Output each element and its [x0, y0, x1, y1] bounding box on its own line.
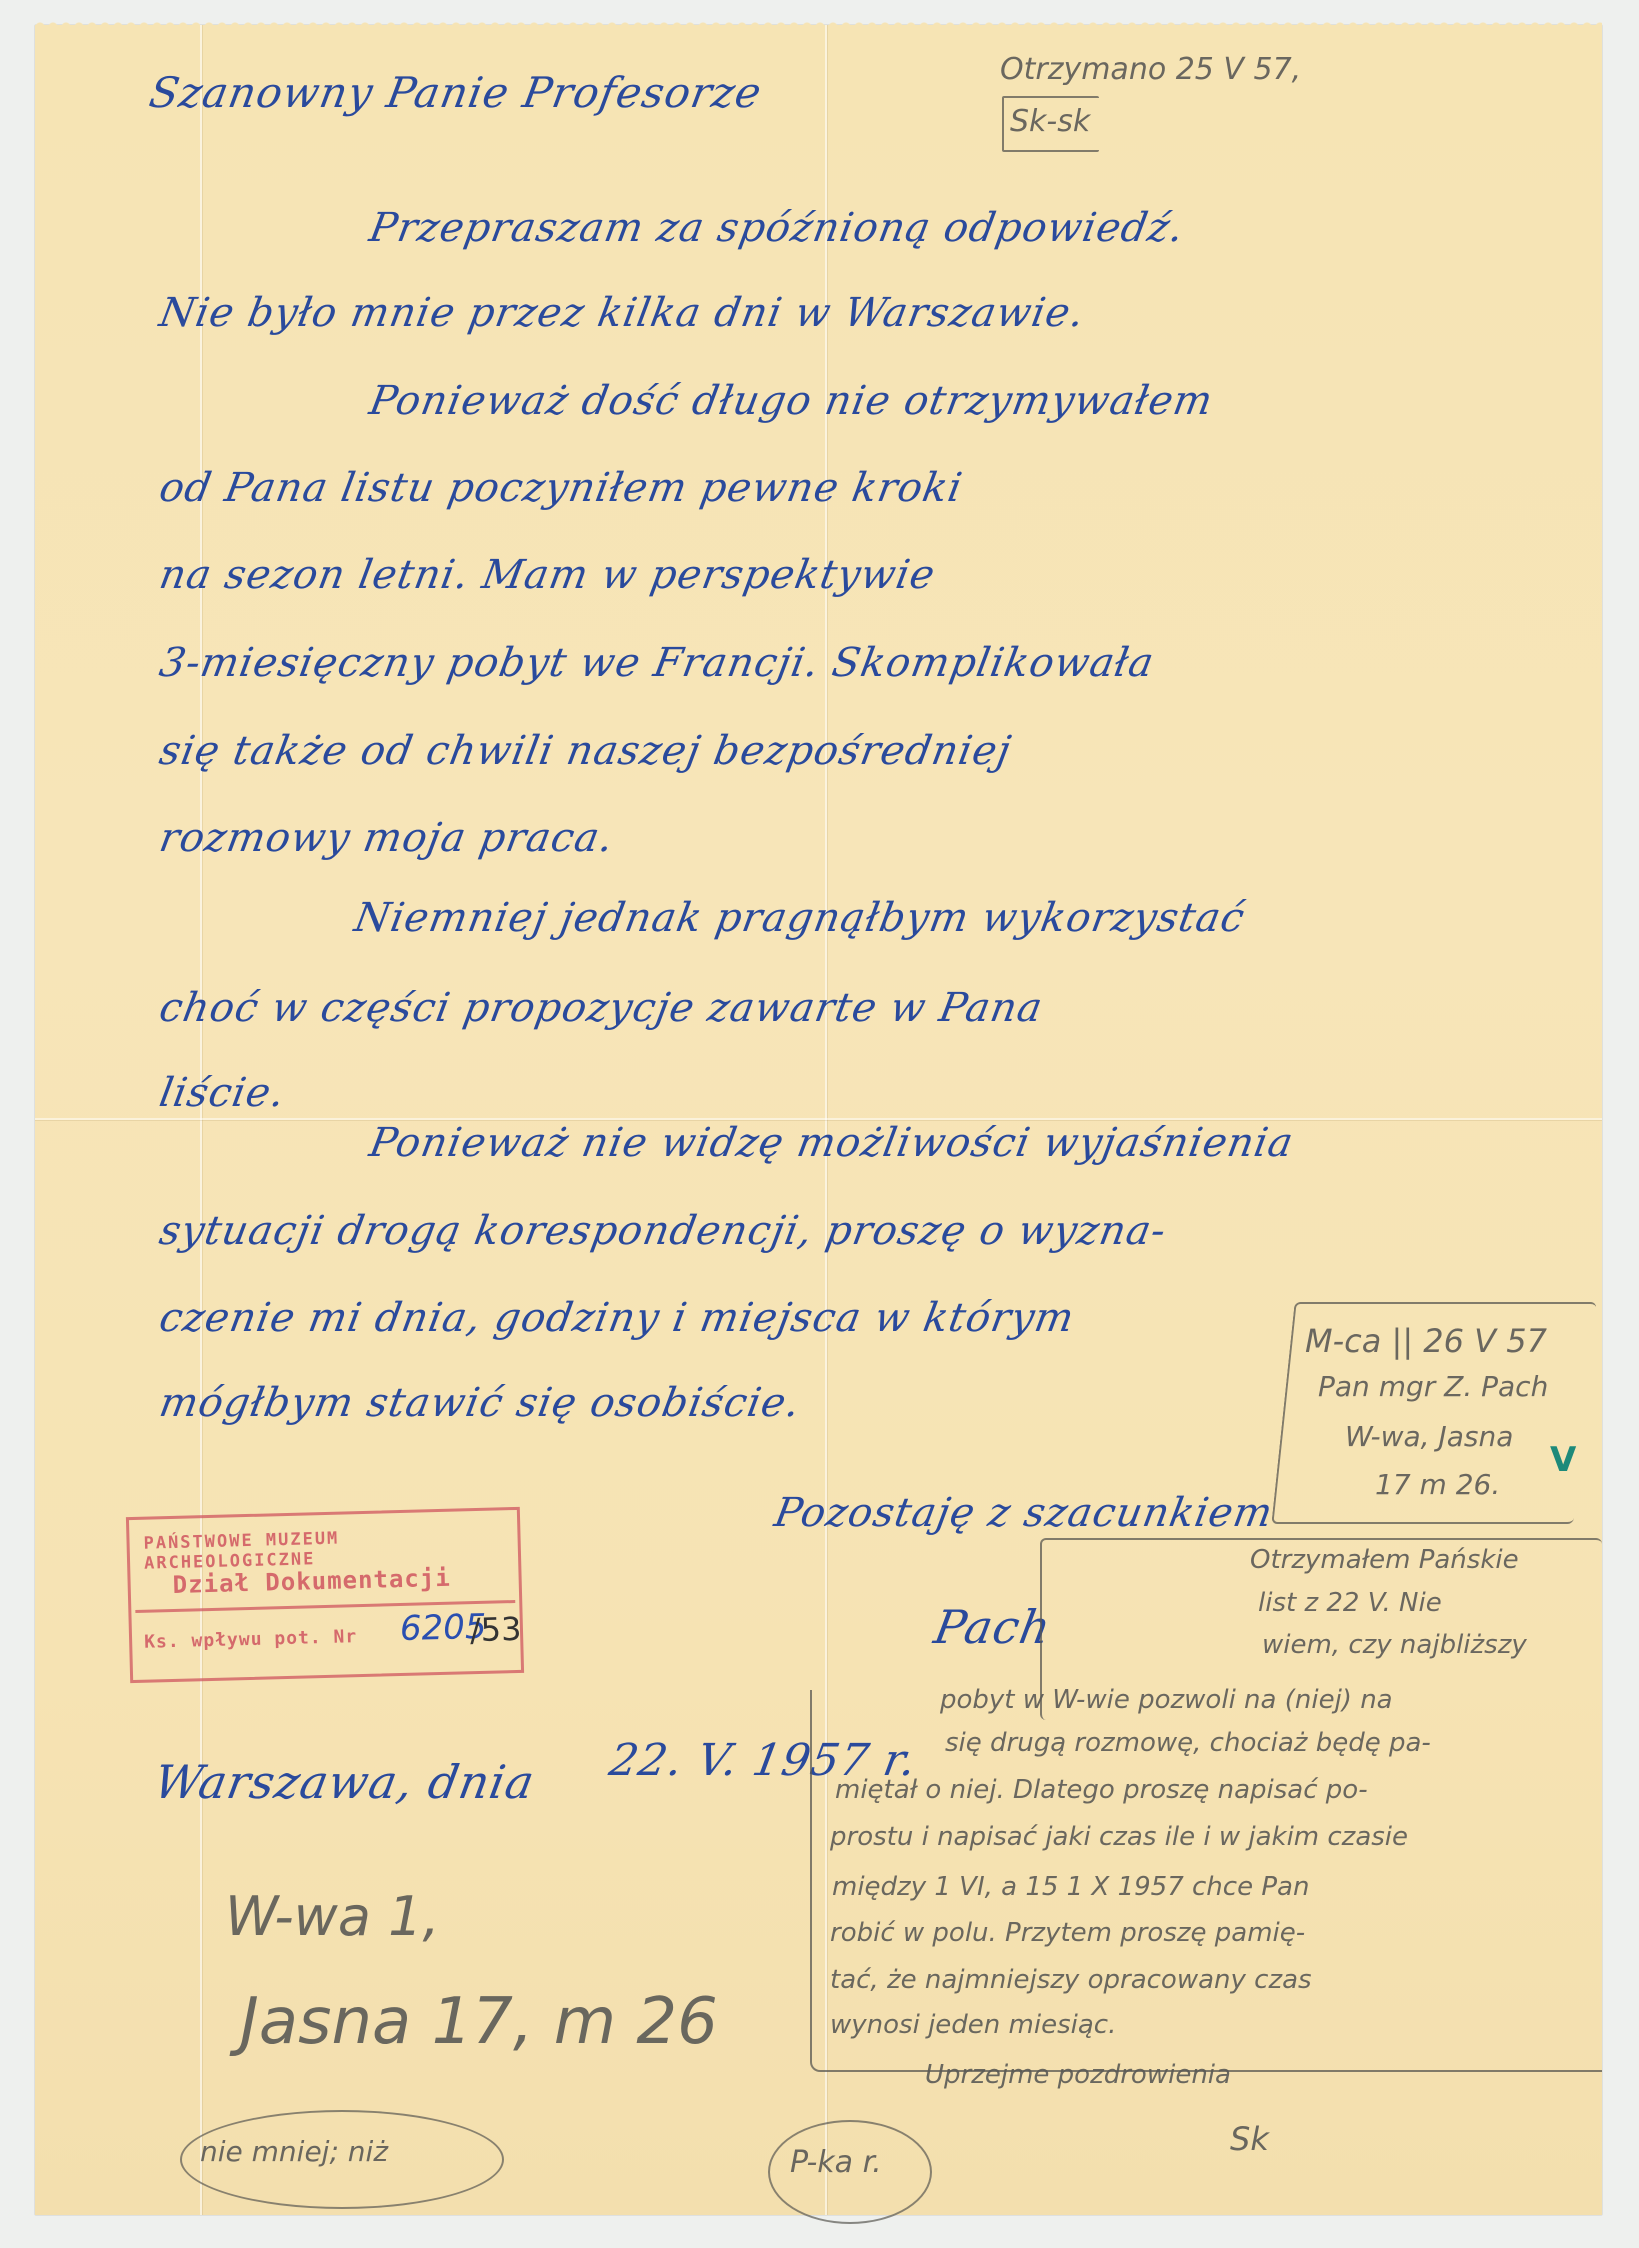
reply-line: tać, że najmniejszy opracowany czas: [830, 1965, 1312, 1995]
reply-line: wynosi jeden miesiąc.: [830, 2010, 1116, 2040]
signature: Pach: [930, 1600, 1055, 1654]
body-line: 3-miesięczny pobyt we Francji. Skompliko…: [156, 640, 1158, 686]
recipient-line: W-wa, Jasna: [1345, 1420, 1513, 1453]
received-date-note: Otrzymano 25 V 57,: [1000, 52, 1301, 87]
oval-text-right: P-ka r.: [790, 2145, 882, 2180]
stamp-department: Dział Dokumentacji: [172, 1564, 451, 1599]
body-line: liście.: [156, 1070, 289, 1116]
museum-stamp: PAŃSTWOWE MUZEUM ARCHEOLOGICZNE Dział Do…: [126, 1507, 524, 1683]
body-line: choć w części propozycje zawarte w Pana: [156, 985, 1047, 1031]
place: Warszawa, dnia: [150, 1755, 539, 1809]
oval-text-left: nie mniej; niż: [200, 2135, 388, 2168]
stamp-entry-suffix: /53: [469, 1610, 521, 1649]
reply-initials: Sk: [1230, 2120, 1269, 2158]
body-line: sytuacji drogą korespondencji, proszę o …: [156, 1208, 1170, 1254]
reply-line: się drugą rozmowę, chociaż będę pa-: [945, 1728, 1431, 1758]
check-mark-icon: V: [1550, 1440, 1576, 1480]
recipient-line: Pan mgr Z. Pach: [1318, 1370, 1548, 1403]
body-line: mógłbym stawić się osobiście.: [156, 1380, 804, 1426]
reply-line: między 1 VI, a 15 1 X 1957 chce Pan: [832, 1872, 1309, 1902]
reply-line: list z 22 V. Nie: [1258, 1588, 1442, 1618]
reply-line: miętał o niej. Dlatego proszę napisać po…: [835, 1775, 1368, 1805]
reply-line: wiem, czy najbliższy: [1262, 1630, 1527, 1660]
body-line: Nie było mnie przez kilka dni w Warszawi…: [156, 290, 1088, 336]
address-line: W-wa 1,: [225, 1885, 440, 1948]
reply-line: Otrzymałem Pańskie: [1250, 1545, 1519, 1575]
body-line: Niemniej jednak pragnąłbym wykorzystać: [351, 895, 1249, 941]
recipient-line: M-ca || 26 V 57: [1305, 1322, 1547, 1360]
reply-line: prostu i napisać jaki czas ile i w jakim…: [830, 1822, 1408, 1852]
body-line: Przepraszam za spóźnioną odpowiedź.: [366, 205, 1188, 251]
reply-line: robić w polu. Przytem proszę pamię-: [830, 1918, 1305, 1948]
body-line: czenie mi dnia, godziny i miejsca w któr…: [156, 1295, 1078, 1341]
address-line: Jasna 17, m 26: [240, 1985, 718, 2059]
initials-note: Sk-sk: [1010, 104, 1090, 139]
body-line: rozmowy moja praca.: [156, 815, 617, 861]
stamp-register-label: Ks. wpływu pot. Nr: [144, 1626, 358, 1653]
body-line: się także od chwili naszej bezpośredniej: [156, 728, 1015, 774]
reply-closing: Uprzejme pozdrowienia: [925, 2060, 1231, 2090]
salutation: Szanowny Panie Profesorze: [146, 68, 766, 117]
recipient-line: 17 m 26.: [1375, 1468, 1500, 1501]
body-line: Ponieważ dość długo nie otrzymywałem: [366, 378, 1217, 424]
body-line: na sezon letni. Mam w perspektywie: [156, 552, 939, 598]
body-line: Ponieważ nie widzę możliwości wyjaśnieni…: [366, 1120, 1297, 1166]
fold-line-vertical: [200, 25, 202, 2215]
closing: Pozostaję z szacunkiem: [771, 1490, 1277, 1536]
reply-line: pobyt w W-wie pozwoli na (niej) na: [940, 1685, 1393, 1715]
body-line: od Pana listu poczyniłem pewne kroki: [156, 465, 966, 511]
